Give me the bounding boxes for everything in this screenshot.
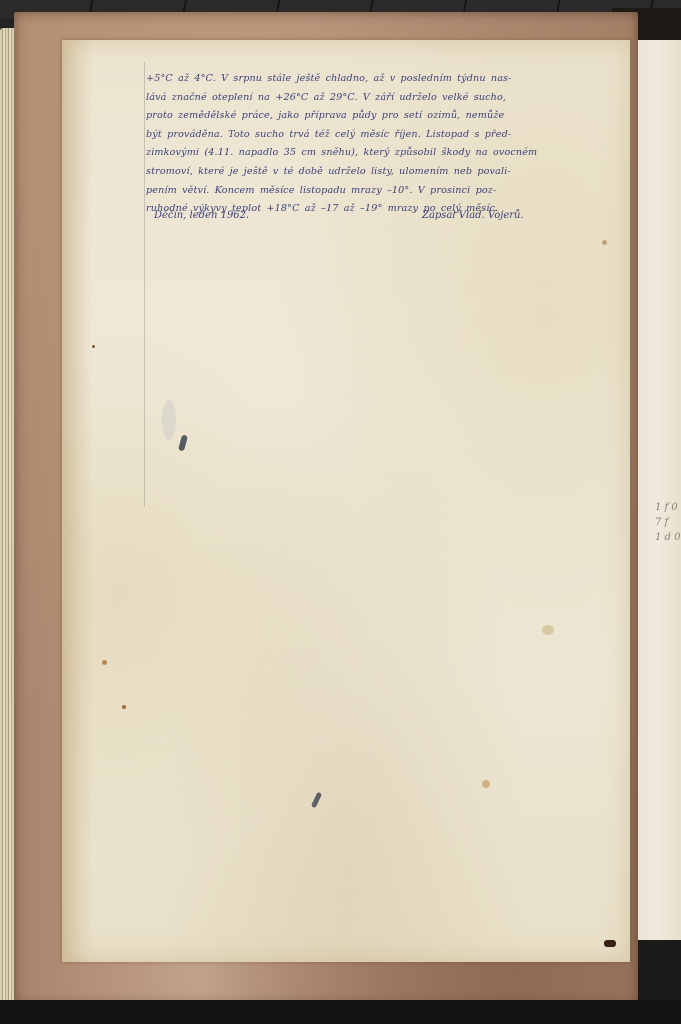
ink-blot <box>311 792 322 809</box>
place-and-date: Děčín, leden 1962. <box>154 210 249 221</box>
text-line: být prováděna. Toto sucho trvá též celý … <box>146 126 591 145</box>
dark-stain <box>604 940 616 947</box>
foxing-spot <box>92 345 95 348</box>
text-line: pením větví. Koncem měsíce listopadu mra… <box>146 182 591 201</box>
text-line: zimkovými (4.11. napadlo 35 cm sněhu), k… <box>146 144 591 163</box>
foxing-spot <box>602 240 607 245</box>
foxing-spot <box>102 660 107 665</box>
pencil-smudge <box>162 400 176 440</box>
foxing-spot <box>482 780 490 788</box>
text-line: proto zemědělské práce, jako příprava pů… <box>146 107 591 126</box>
text-line: +5°C až 4°C. V srpnu stále ještě chladno… <box>146 70 591 89</box>
paper-edge-stain <box>62 40 92 962</box>
photo-stage: 1 f 0 7 f 1 d 0 +5°C až 4°C. V srpnu stá… <box>0 0 681 1024</box>
text-line: lává značné oteplení na +26°C až 29°C. V… <box>146 89 591 108</box>
foxing-spot <box>542 625 554 635</box>
foxing-spot <box>122 705 126 709</box>
document-page: +5°C až 4°C. V srpnu stále ještě chladno… <box>62 40 630 962</box>
ink-blot <box>178 434 188 451</box>
text-line: stromoví, které je ještě v té době udrže… <box>146 163 591 182</box>
handwritten-text-block: +5°C až 4°C. V srpnu stále ještě chladno… <box>146 70 591 219</box>
margin-line <box>144 62 145 507</box>
document-footer: Děčín, leden 1962. Zapsal Vlad. Vojerů. <box>154 210 554 230</box>
dark-backdrop-bottom <box>0 1000 681 1024</box>
adjacent-page-notes: 1 f 0 7 f 1 d 0 <box>655 500 680 545</box>
signature: Zapsal Vlad. Vojerů. <box>422 210 524 221</box>
